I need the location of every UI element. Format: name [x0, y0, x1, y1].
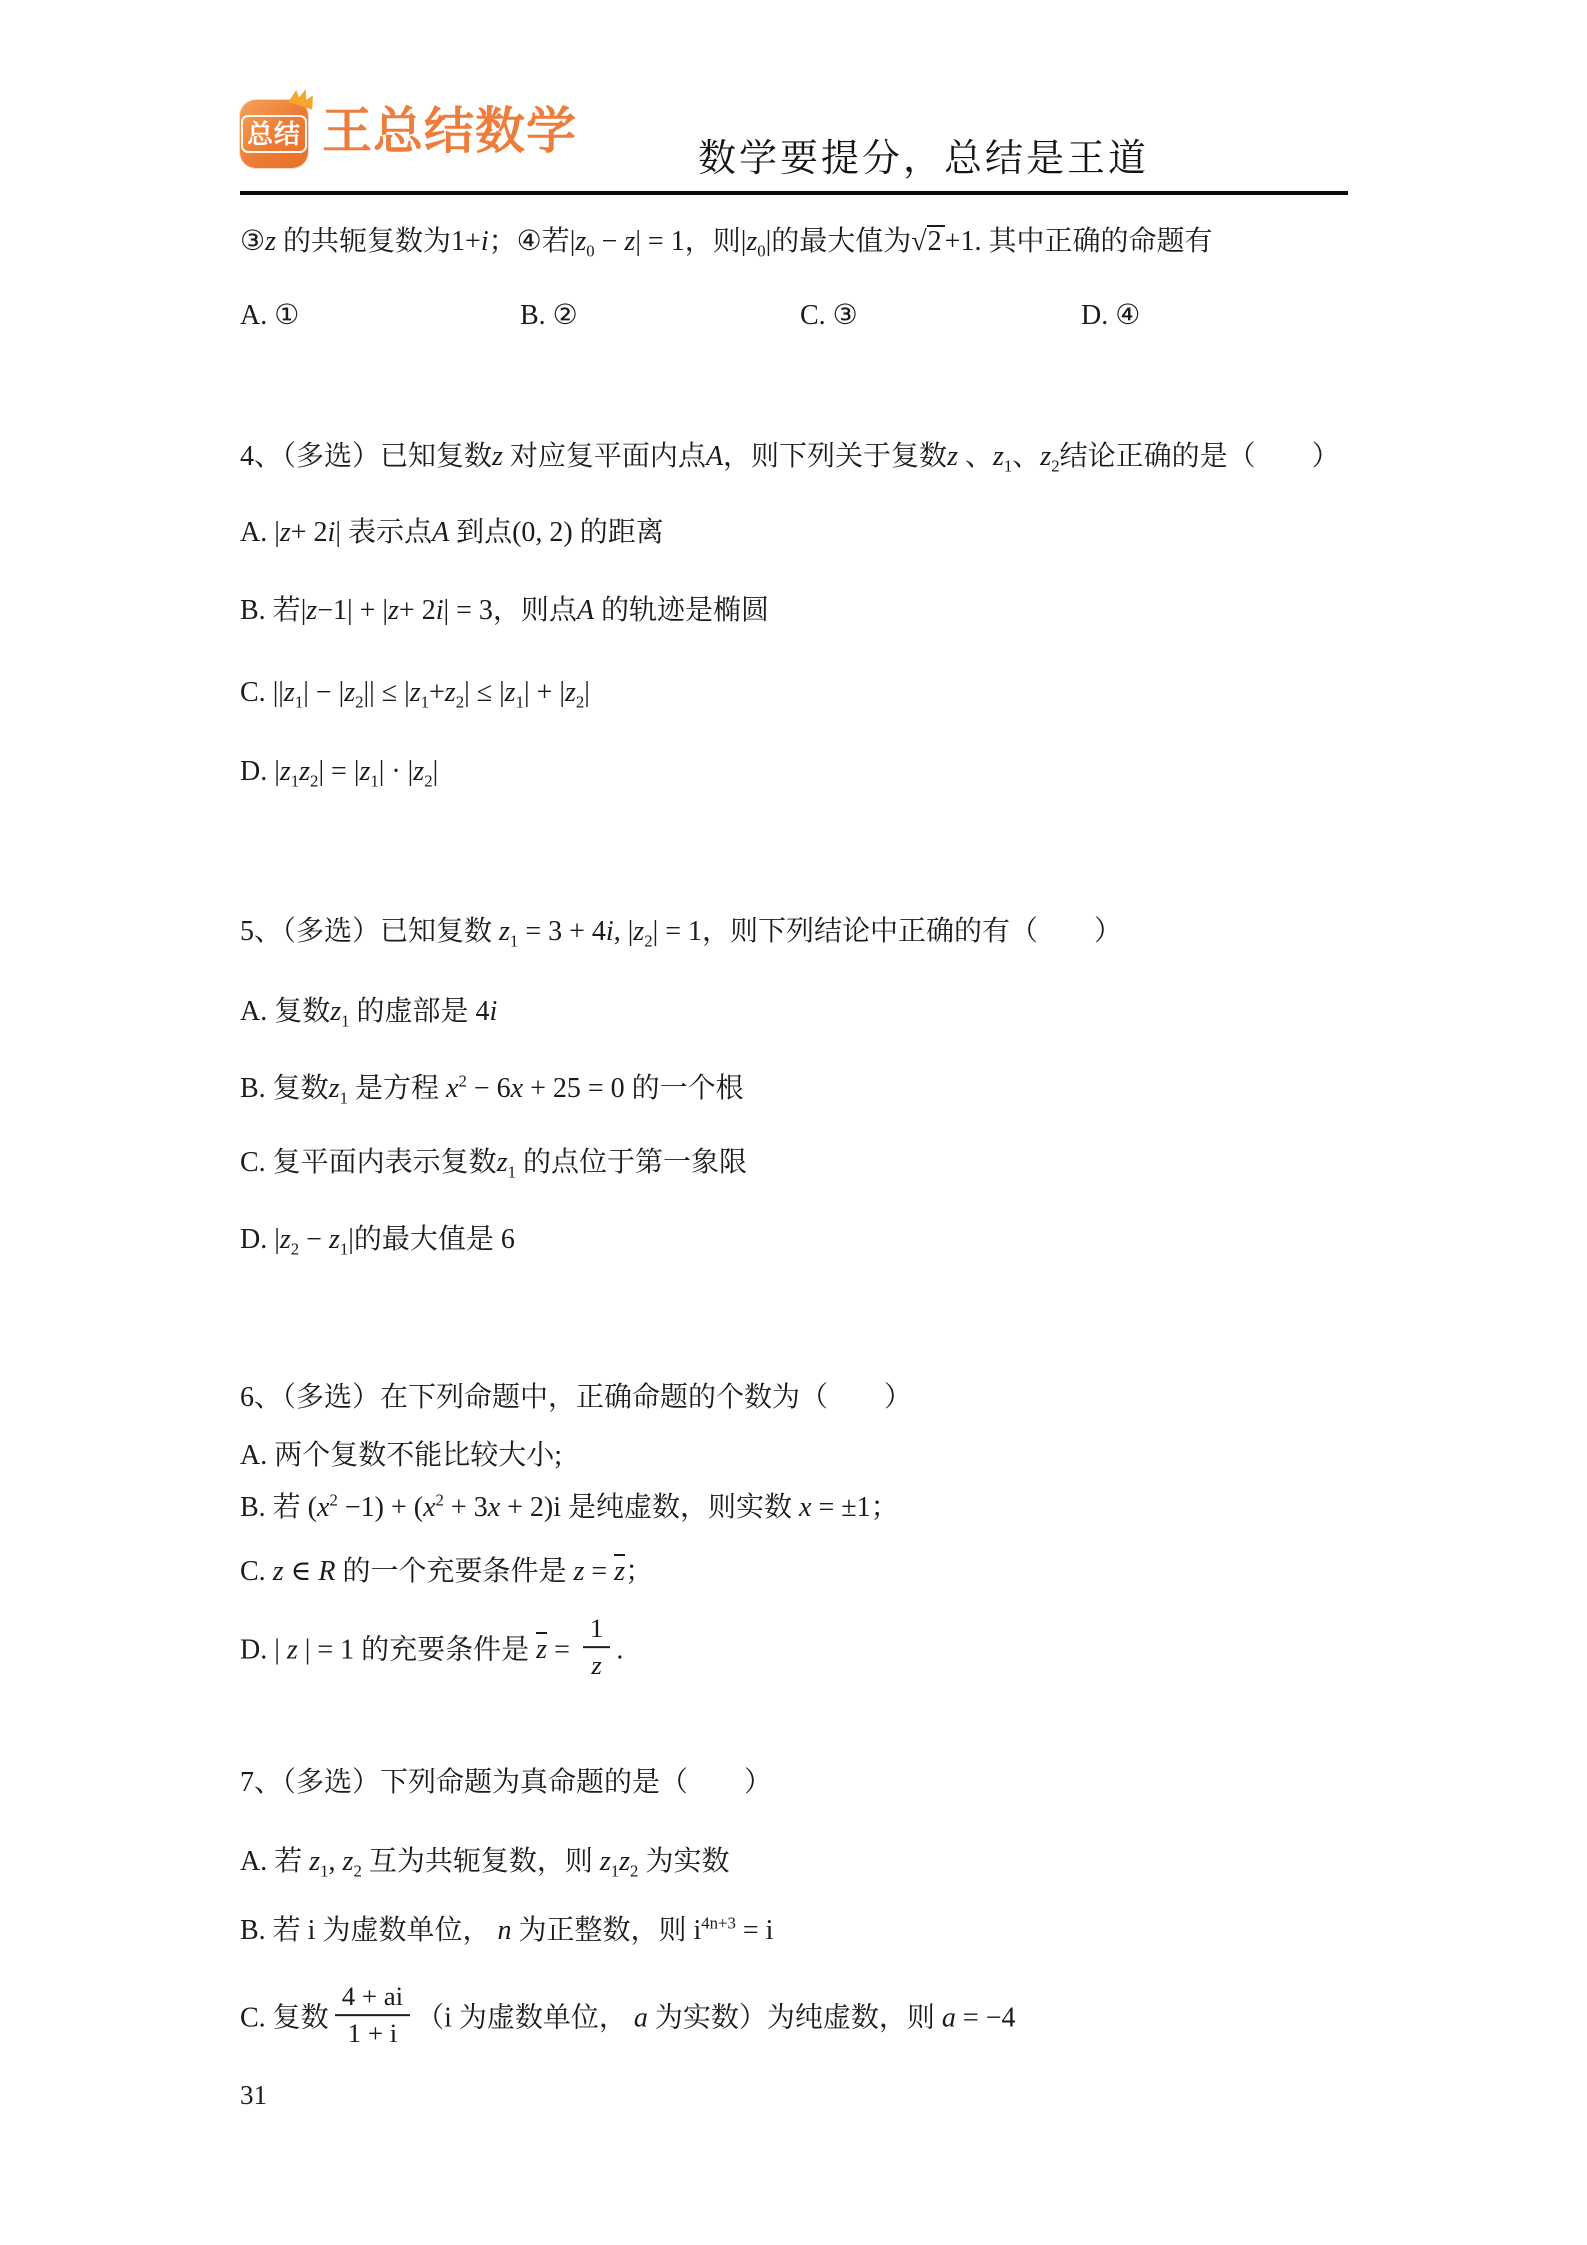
text-segment: ∈ — [284, 1556, 319, 1587]
math-segment: z — [573, 1556, 584, 1587]
text-segment: −1) + ( — [338, 1492, 423, 1523]
math-segment: A — [577, 595, 594, 626]
text-segment: 6、（多选）在下列命题中，正确命题的个数为（ ） — [240, 1382, 912, 1413]
text-segment: = i — [736, 1915, 774, 1946]
question-6-stem: 6、（多选）在下列命题中，正确命题的个数为（ ） — [240, 1379, 912, 1417]
text-segment: C. — [240, 1556, 273, 1587]
text-segment: B. ② — [520, 300, 578, 331]
fraction-numerator: 1 — [583, 1613, 610, 1648]
math-segment: 1 — [340, 1089, 348, 1108]
text-segment: + 3 — [444, 1492, 488, 1523]
question-4-option-a: A. |z+ 2i| 表示点A 到点(0, 2) 的距离 — [240, 514, 664, 552]
text-segment: + — [429, 677, 445, 708]
math-segment: A — [432, 517, 449, 548]
math-segment: z — [287, 1634, 298, 1665]
text-segment: (0, 2) — [512, 517, 573, 548]
text-segment: ，则下列结论中正确的有（ ） — [702, 916, 1122, 947]
math-segment: 1 — [611, 1862, 619, 1881]
math-segment: z — [359, 756, 370, 787]
text-segment: | = 1 — [653, 916, 702, 947]
math-segment: 2 — [353, 1862, 361, 1881]
math-segment: z — [947, 441, 958, 472]
text-segment: 互为共轭复数，则 — [362, 1846, 600, 1877]
text-segment: A. 复数 — [240, 996, 330, 1027]
question-6-option-c: C. z ∈ R 的一个充要条件是 z = z； — [240, 1553, 653, 1591]
text-segment: | = | — [318, 756, 359, 787]
text-segment: | ≤ | — [464, 677, 505, 708]
text-segment: 7、（多选）下列命题为真命题的是（ ） — [240, 1767, 772, 1798]
option-a-1: A. ① — [240, 297, 299, 335]
math-segment: 2 — [644, 932, 652, 951]
text-segment: C. 复平面内表示复数 — [240, 1147, 497, 1178]
math-segment: 2 — [1051, 457, 1059, 476]
math-segment: 1 — [516, 693, 524, 712]
text-segment: 、 — [1012, 441, 1040, 472]
math-segment: 2 — [436, 1491, 444, 1510]
text-segment: 的最大值为 — [771, 226, 911, 257]
math-segment: n — [497, 1915, 511, 1946]
question-4-option-b: B. 若|z−1| + |z+ 2i| = 3，则点A 的轨迹是椭圆 — [240, 592, 769, 630]
math-segment: 1 — [341, 1012, 349, 1031]
math-segment: z — [280, 1224, 291, 1255]
math-segment: z — [413, 756, 424, 787]
text-segment: 到点 — [449, 517, 512, 548]
text-segment: | — [433, 756, 439, 787]
text-segment: − — [299, 1224, 329, 1255]
brand-name: 王总结数学 — [322, 106, 577, 156]
math-segment: z — [306, 595, 317, 626]
text-segment: 的一个充要条件是 — [335, 1556, 573, 1587]
text-segment: ，则下列关于复数 — [723, 441, 947, 472]
header-divider — [240, 191, 1348, 195]
math-segment: i — [490, 996, 498, 1027]
math-segment: x — [317, 1492, 329, 1523]
math-segment: z — [265, 226, 276, 257]
text-segment: 的共轭复数为 — [276, 226, 451, 257]
text-segment: D. — [240, 1634, 274, 1665]
brand-badge: 总结 — [240, 100, 308, 168]
math-segment: 1 — [421, 693, 429, 712]
text-segment: A. 若 — [240, 1846, 309, 1877]
math-segment: R — [318, 1556, 335, 1587]
text-segment: 、 — [958, 441, 993, 472]
text-segment: | = 3 — [443, 595, 492, 626]
text-segment: ③ — [240, 226, 265, 257]
text-segment: , — [614, 916, 628, 947]
math-segment: z — [280, 756, 291, 787]
math-segment: 1 — [508, 1163, 516, 1182]
text-segment: | — [274, 1634, 287, 1665]
question-4-option-c: C. ||z1| − |z2|| ≤ |z1+z2| ≤ |z1| + |z2| — [240, 674, 590, 712]
math-segment: a — [942, 2002, 956, 2033]
math-segment: z — [343, 1846, 354, 1877]
text-segment: B. 若 — [240, 595, 301, 626]
text-segment: 的最大值是 6 — [354, 1224, 515, 1255]
text-segment: 结论正确的是（ ） — [1060, 441, 1340, 472]
question-7-option-b: B. 若 i 为虚数单位， n 为正整数，则 i4n+3 = i — [240, 1912, 773, 1950]
math-segment: z — [600, 1846, 611, 1877]
text-segment: B. 若 i 为虚数单位， — [240, 1915, 497, 1946]
question-7-option-c: C. 复数4 + ai1 + i（i 为虚数单位， a 为实数）为纯虚数，则 a… — [240, 1986, 1016, 2054]
math-segment: z — [624, 226, 635, 257]
text-segment: 为实数 — [638, 1846, 729, 1877]
text-segment: A. ① — [240, 300, 299, 331]
fraction-denominator: z — [583, 1648, 610, 1681]
text-segment: 1+ — [451, 226, 481, 257]
brand-badge-text: 总结 — [241, 115, 307, 153]
text-segment: 的虚部是 4 — [350, 996, 490, 1027]
math-segment: z — [1040, 441, 1051, 472]
text-segment: ； — [625, 1556, 653, 1587]
math-segment: z — [273, 1556, 284, 1587]
text-segment: || — [273, 677, 284, 708]
math-segment: z — [299, 756, 310, 787]
text-segment: D. — [240, 1224, 274, 1255]
text-segment: （i 为虚数单位， — [416, 2002, 634, 2033]
math-segment: i — [606, 916, 614, 947]
math-segment: z — [614, 1554, 625, 1586]
text-segment: = ±1； — [811, 1492, 898, 1523]
text-segment: | · | — [379, 756, 414, 787]
question-4-option-d: D. |z1z2| = |z1| · |z2| — [240, 753, 438, 791]
math-segment: 1 — [295, 693, 303, 712]
math-segment: z — [575, 226, 586, 257]
text-segment: ，则点 — [493, 595, 577, 626]
math-segment: 2 — [424, 772, 432, 791]
math-segment: z — [619, 1846, 630, 1877]
math-segment: 2 — [329, 1491, 337, 1510]
math-segment: x — [799, 1492, 811, 1523]
text-segment: 对应复平面内点 — [503, 441, 706, 472]
math-segment: 2 — [355, 693, 363, 712]
text-segment: B. 复数 — [240, 1073, 329, 1104]
text-segment: . — [616, 1634, 623, 1665]
text-segment: A. — [240, 517, 274, 548]
math-segment: 2 — [458, 1072, 466, 1091]
math-segment: z — [499, 916, 510, 947]
math-segment: z — [388, 595, 399, 626]
math-segment: z — [565, 677, 576, 708]
question-5-stem: 5、（多选）已知复数 z1 = 3 + 4i, |z2| = 1，则下列结论中正… — [240, 913, 1122, 951]
text-segment: 为实数）为纯虚数，则 — [648, 2002, 942, 2033]
text-segment: 4、（多选）已知复数 — [240, 441, 492, 472]
fraction-numerator: 4 + ai — [335, 1981, 410, 2016]
math-segment: x — [446, 1073, 458, 1104]
text-segment: | + | — [524, 677, 565, 708]
question-5-option-d: D. |z2 − z1|的最大值是 6 — [240, 1221, 515, 1259]
question-6-option-d: D. | z | = 1 的充要条件是 z = 1z. — [240, 1618, 623, 1686]
math-segment: z — [280, 517, 291, 548]
text-segment: B. 若 ( — [240, 1492, 317, 1523]
math-segment: 1 — [370, 772, 378, 791]
radical: √2 — [911, 226, 944, 257]
text-segment: C. — [240, 677, 273, 708]
text-segment: + 2 — [399, 595, 436, 626]
question-5-option-c: C. 复平面内表示复数z1 的点位于第一象限 — [240, 1144, 747, 1182]
text-segment: + 25 = 0 — [523, 1073, 625, 1104]
math-segment: 1 — [340, 1240, 348, 1259]
text-segment: || ≤ | — [364, 677, 410, 708]
text-segment: = 3 + 4 — [518, 916, 606, 947]
option-c-3: C. ③ — [800, 297, 858, 335]
fraction: 4 + ai1 + i — [335, 1981, 410, 2049]
text-segment: − — [595, 226, 625, 257]
math-segment: 1 — [320, 1862, 328, 1881]
math-segment: 1 — [291, 772, 299, 791]
brand-tagline: 数学要提分，总结是王道 — [698, 140, 1149, 178]
math-segment: z — [746, 226, 757, 257]
math-segment: z — [309, 1846, 320, 1877]
question-7-option-a: A. 若 z1, z2 互为共轭复数，则 z1z2 为实数 — [240, 1843, 729, 1881]
text-segment: 表示点 — [341, 517, 432, 548]
crown-icon — [285, 83, 320, 112]
text-segment: 的一个根 — [625, 1073, 744, 1104]
text-segment: D. ④ — [1081, 300, 1140, 331]
math-segment: z — [344, 677, 355, 708]
question-6-option-a: A. 两个复数不能比较大小; — [240, 1437, 562, 1475]
option-b-2: B. ② — [520, 297, 578, 335]
math-segment: x — [511, 1073, 523, 1104]
math-segment: z — [330, 996, 341, 1027]
text-segment: + 2)i 是纯虚数，则实数 — [500, 1492, 799, 1523]
text-segment: ，则 — [685, 226, 741, 257]
text-segment: C. 复数 — [240, 2002, 329, 2033]
math-segment: z — [445, 677, 456, 708]
question-6-option-b: B. 若 (x2 −1) + (x2 + 3x + 2)i 是纯虚数，则实数 x… — [240, 1489, 899, 1527]
math-segment: 0 — [757, 242, 765, 261]
option-d-4: D. ④ — [1081, 297, 1140, 335]
math-segment: z — [505, 677, 516, 708]
radicand: 2 — [927, 225, 945, 258]
text-segment: 是方程 — [348, 1073, 446, 1104]
text-segment: − 6 — [467, 1073, 511, 1104]
text-segment: | − | — [303, 677, 344, 708]
text-segment: −1| + | — [317, 595, 388, 626]
math-segment: i — [481, 226, 489, 257]
text-segment: D. — [240, 756, 274, 787]
text-segment: 的距离 — [573, 517, 664, 548]
math-segment: 0 — [586, 242, 594, 261]
math-segment: z — [536, 1632, 547, 1664]
math-segment: z — [329, 1073, 340, 1104]
text-segment: = — [584, 1556, 614, 1587]
text-segment: 5、（多选）已知复数 — [240, 916, 499, 947]
question-5-option-a: A. 复数z1 的虚部是 4i — [240, 993, 497, 1031]
text-segment: +1. 其中正确的命题有 — [945, 226, 1213, 257]
math-segment: 4n+3 — [701, 1914, 736, 1933]
text-segment: 的轨迹是椭圆 — [594, 595, 769, 626]
text-segment: | — [584, 677, 590, 708]
text-segment: 为正整数，则 i — [511, 1915, 701, 1946]
text-segment: | = 1 — [635, 226, 684, 257]
text-segment: A. 两个复数不能比较大小; — [240, 1440, 562, 1471]
fraction-denominator: 1 + i — [335, 2016, 410, 2049]
text-segment: = — [547, 1634, 577, 1665]
props-3-4-line: ③z 的共轭复数为1+i；④若|z0 − z| = 1，则|z0|的最大值为√2… — [240, 223, 1212, 261]
math-segment: z — [993, 441, 1004, 472]
math-segment: z — [497, 1147, 508, 1178]
math-segment: A — [706, 441, 723, 472]
question-4-stem: 4、（多选）已知复数z 对应复平面内点A，则下列关于复数z 、z1、z2结论正确… — [240, 438, 1340, 476]
question-7-stem: 7、（多选）下列命题为真命题的是（ ） — [240, 1764, 772, 1802]
math-segment: z — [410, 677, 421, 708]
text-segment: + 2 — [291, 517, 328, 548]
math-segment: a — [634, 2002, 648, 2033]
math-segment: x — [423, 1492, 435, 1523]
math-segment: x — [488, 1492, 500, 1523]
math-segment: z — [633, 916, 644, 947]
math-segment: z — [329, 1224, 340, 1255]
text-segment: | = 1 — [298, 1634, 354, 1665]
page-number: 31 — [240, 2080, 267, 2111]
worksheet-page: 总结 王总结数学 数学要提分，总结是王道 ③z 的共轭复数为1+i；④若|z0 … — [0, 0, 1587, 2245]
text-segment: C. ③ — [800, 300, 858, 331]
question-5-option-b: B. 复数z1 是方程 x2 − 6x + 25 = 0 的一个根 — [240, 1070, 744, 1108]
text-segment: ；④若 — [489, 226, 570, 257]
math-segment: z — [492, 441, 503, 472]
radical-sign: √ — [911, 223, 926, 261]
text-segment: 的充要条件是 — [354, 1634, 536, 1665]
math-segment: z — [284, 677, 295, 708]
text-segment: , — [329, 1846, 343, 1877]
fraction: 1z — [583, 1613, 610, 1681]
math-segment: 2 — [456, 693, 464, 712]
text-segment: 的点位于第一象限 — [516, 1147, 747, 1178]
math-segment: 2 — [291, 1240, 299, 1259]
text-segment: = −4 — [956, 2002, 1016, 2033]
